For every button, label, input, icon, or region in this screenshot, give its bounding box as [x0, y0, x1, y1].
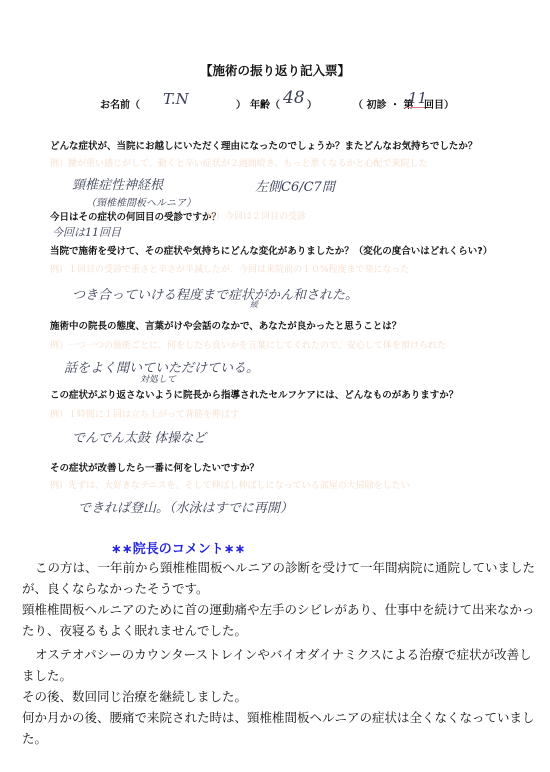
name-label: お名前（	[100, 96, 140, 111]
answer-3: つき合っていける程度まで症状がかん和された。	[72, 284, 358, 303]
comment-paragraph: オステオパシーのカウンターストレインやバイオダイナミクスによる治療で症状が改善し…	[22, 644, 538, 686]
question-6: その症状が改善したら一番に何をしたいですか？	[50, 460, 259, 474]
visit-close: 回目）	[424, 96, 454, 111]
age-close: ）	[307, 96, 317, 111]
answer-3-correction: 緩	[250, 299, 258, 310]
comment-paragraph: 頸椎椎間板ヘルニアのために首の運動痛や左手のシビレがあり、仕事中を続けて出来なか…	[22, 599, 538, 641]
example-6: 例）先ずは、大好きなテニスを。そして伸ばし伸ばしになっている部屋の大掃除をしたい	[50, 478, 410, 491]
example-4: 例）一つ一つの施術ごとに、何をしたら良いかを言葉にしてくれたので、安心して体を預…	[50, 338, 446, 351]
question-5: この症状がぶり返さないように院長から指導されたセルフケアには、どんなものがありま…	[50, 387, 458, 401]
director-comment-title: ∗∗院長のコメント∗∗	[111, 538, 246, 557]
question-4: 施術中の院長の態度、言葉がけや会話のなかで、あなたが良かったと思うことは？	[50, 318, 401, 332]
answer-1-line-2: （頸椎椎間板ヘルニア）	[86, 194, 196, 209]
question-2: 今日はその症状の何回目の受診ですか？	[50, 209, 221, 223]
answer-2: 今回は11回目	[52, 224, 121, 240]
director-comment-body-2: オステオパシーのカウンターストレインやバイオダイナミクスによる治療で症状が改善し…	[22, 644, 538, 749]
form-title: 【施術の振り返り記入票】	[0, 61, 550, 79]
comment-paragraph: この方は、一年前から頸椎椎間板ヘルニアの診断を受けて一年間病院に通院していました…	[22, 557, 538, 599]
example-3: 例）１回目の受診で重さと辛さが半減したが、今回は来院前の１０%程度まで楽になった	[50, 262, 410, 275]
answer-1-line-3: 左側C6/C7間	[255, 176, 335, 195]
age-label: 年齢（	[250, 96, 280, 111]
comment-paragraph: その後、数回同じ治療を継続しました。	[22, 686, 538, 707]
example-1: 例）腰が重い感じがして、動くと辛い症状が２週間続き、もっと悪くなるかと心配で来院…	[50, 156, 427, 169]
question-3: 当院で施術を受けて、その症状や気持ちにどんな変化がありましたか？（変化の度合いは…	[50, 243, 492, 257]
answer-1-line-1: 頸椎症性神経根	[72, 174, 163, 193]
age-value: 48	[283, 88, 305, 108]
name-close: ）	[236, 96, 246, 111]
visit-label: （ 初診 ・ 第	[353, 96, 413, 111]
director-comment-body: この方は、一年前から頸椎椎間板ヘルニアの診断を受けて一年間病院に通院していました…	[22, 557, 538, 641]
answer-4-insert: 対処して	[140, 372, 176, 385]
name-value: T.N	[163, 90, 189, 108]
answer-5: でんでん太鼓 体操など	[72, 427, 206, 446]
example-2: 例）今回は２回目の受診	[207, 209, 306, 222]
example-5: 例）１時間に１回は立ち上がって背筋を伸ばす	[50, 407, 239, 420]
comment-paragraph: 何か月かの後、腰痛で来院された時は、頸椎椎間板ヘルニアの症状は全くなくなっていま…	[22, 707, 538, 749]
answer-6: できれば登山。（水泳はすでに再開）	[78, 497, 293, 516]
question-1: どんな症状が、当院にお越しにいただく理由になったのでしょうか？またどんなお気持ち…	[50, 138, 477, 152]
